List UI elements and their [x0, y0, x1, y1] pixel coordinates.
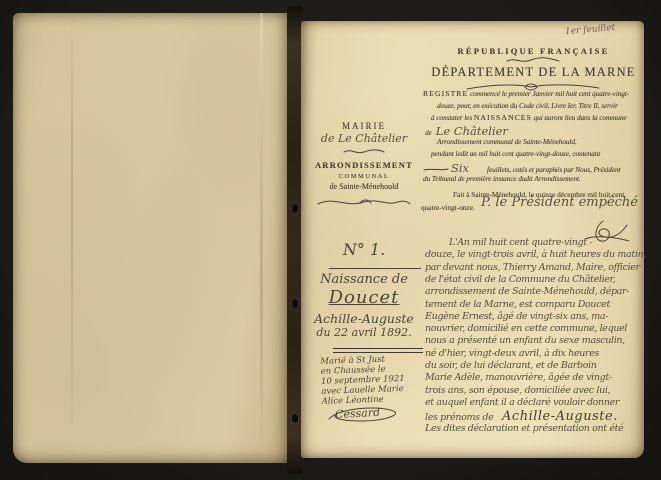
act-line: nouvrier, domicilié en cette commune, le… — [425, 323, 627, 334]
intro-line: pendant ledit an mil huit cent quatre-vi… — [431, 149, 600, 158]
intro-line: commencé le premier Janvier mil huit cen… — [470, 89, 629, 98]
act-line: les prénoms de — [425, 412, 493, 423]
child-surname: Doucet — [303, 287, 425, 308]
fait-line: quatre-vingt-onze. — [421, 203, 475, 212]
feuillet-count-handwritten: Six — [451, 161, 469, 175]
pen-flourish — [423, 168, 449, 172]
act-body-column: 1er feuillet RÉPUBLIQUE FRANÇAISE DÉPART… — [423, 21, 644, 458]
arrondissement-commune: de Sainte-Ménehould — [303, 182, 425, 191]
registre-word: REGISTRE — [423, 89, 468, 98]
president-note-handwritten: P. le Président empêché — [481, 195, 638, 210]
act-line: tement de la Marne, est comparu Doucet — [425, 299, 610, 310]
act-line: nous a présenté un enfant du sexe mascul… — [425, 335, 625, 346]
act-line: par devant nous, Thierry Amand, Maire, o… — [425, 262, 640, 273]
act-line: du soir, de lui déclarant, et de Barboin — [425, 360, 597, 371]
act-line: Eugène Ernest, âgé de vingt-six ans, ma- — [425, 311, 608, 322]
intro-line: qui auront lieu dans la commune — [534, 113, 627, 122]
intro-line: Arrondissement communal de Sainte-Méneho… — [437, 137, 577, 146]
communal-label: COMMUNAL — [303, 173, 425, 180]
left-blank-page — [13, 13, 289, 463]
mairie-label: MAIRIE — [303, 121, 425, 131]
arrondissement-label: ARRONDISSEMENT — [303, 160, 425, 170]
act-line: Marie Adèle, manouvrière, âgée de vingt- — [425, 372, 612, 383]
department-header: DÉPARTEMENT DE LA MARNE — [423, 65, 644, 80]
binding-stitch — [292, 299, 298, 308]
act-line: né d'hier, vingt-deux avril, à dix heure… — [425, 348, 599, 359]
child-given-names: Achille-Auguste — [303, 311, 425, 326]
naissances-word: NAISSANCES — [474, 113, 532, 122]
page-crease — [71, 13, 73, 463]
act-number: N° 1. — [303, 240, 425, 259]
margin-column: MAIRIE de Le Châtelier ARRONDISSEMENT CO… — [303, 21, 425, 458]
register-page: MAIRIE de Le Châtelier ARRONDISSEMENT CO… — [301, 21, 644, 458]
act-line: L'An mil huit cent quatre-vingt - — [449, 237, 592, 248]
act-line: et auquel enfant il a déclaré vouloir do… — [425, 397, 619, 408]
act-type-label: Naissance de — [303, 272, 425, 287]
signature-flourish — [325, 405, 401, 423]
intro-line: du Tribunal de première instance dudit A… — [423, 174, 581, 183]
margin-rule — [329, 268, 421, 269]
intro-line: douze, pour, en exécution du Code civil,… — [437, 101, 618, 110]
act-line: trois ans, son épouse, domiciliée avec l… — [425, 385, 610, 396]
act-line: de l'état civil de la Commune du Châteli… — [425, 274, 615, 285]
scanned-register-spread: MAIRIE de Le Châtelier ARRONDISSEMENT CO… — [0, 0, 661, 480]
act-line: arrondissement de Sainte-Ménehould, dépa… — [425, 286, 629, 297]
commune-handwritten: Le Châtelier — [436, 124, 508, 138]
margin-double-rule — [333, 348, 423, 353]
mairie-commune-handwritten: de Le Châtelier — [303, 132, 425, 145]
intro-line: à constater les — [431, 113, 472, 122]
act-line: Les dites déclaration et présentation on… — [425, 423, 623, 434]
child-name-handwritten: Achille-Auguste. — [502, 409, 618, 424]
intro-line: feuillets, cotés et paraphés par Nous, P… — [487, 165, 620, 174]
marriage-margin-note: Marié à St Just en Chaussée le 10 septem… — [320, 353, 426, 407]
act-line: douze, le vingt-trois avril, à huit heur… — [425, 249, 646, 260]
intro-line: de — [425, 128, 432, 137]
act-date: du 22 avril 1892. — [303, 326, 425, 339]
folio-number-note: 1er feuillet — [565, 23, 616, 37]
binding-stitch — [292, 204, 298, 213]
header-ornament — [505, 57, 561, 64]
republic-header: RÉPUBLIQUE FRANÇAISE — [423, 46, 644, 56]
flourish-ornament — [342, 148, 386, 156]
page-crease — [260, 13, 263, 463]
flourish-ornament — [316, 194, 412, 210]
binding-stitch — [292, 414, 298, 423]
